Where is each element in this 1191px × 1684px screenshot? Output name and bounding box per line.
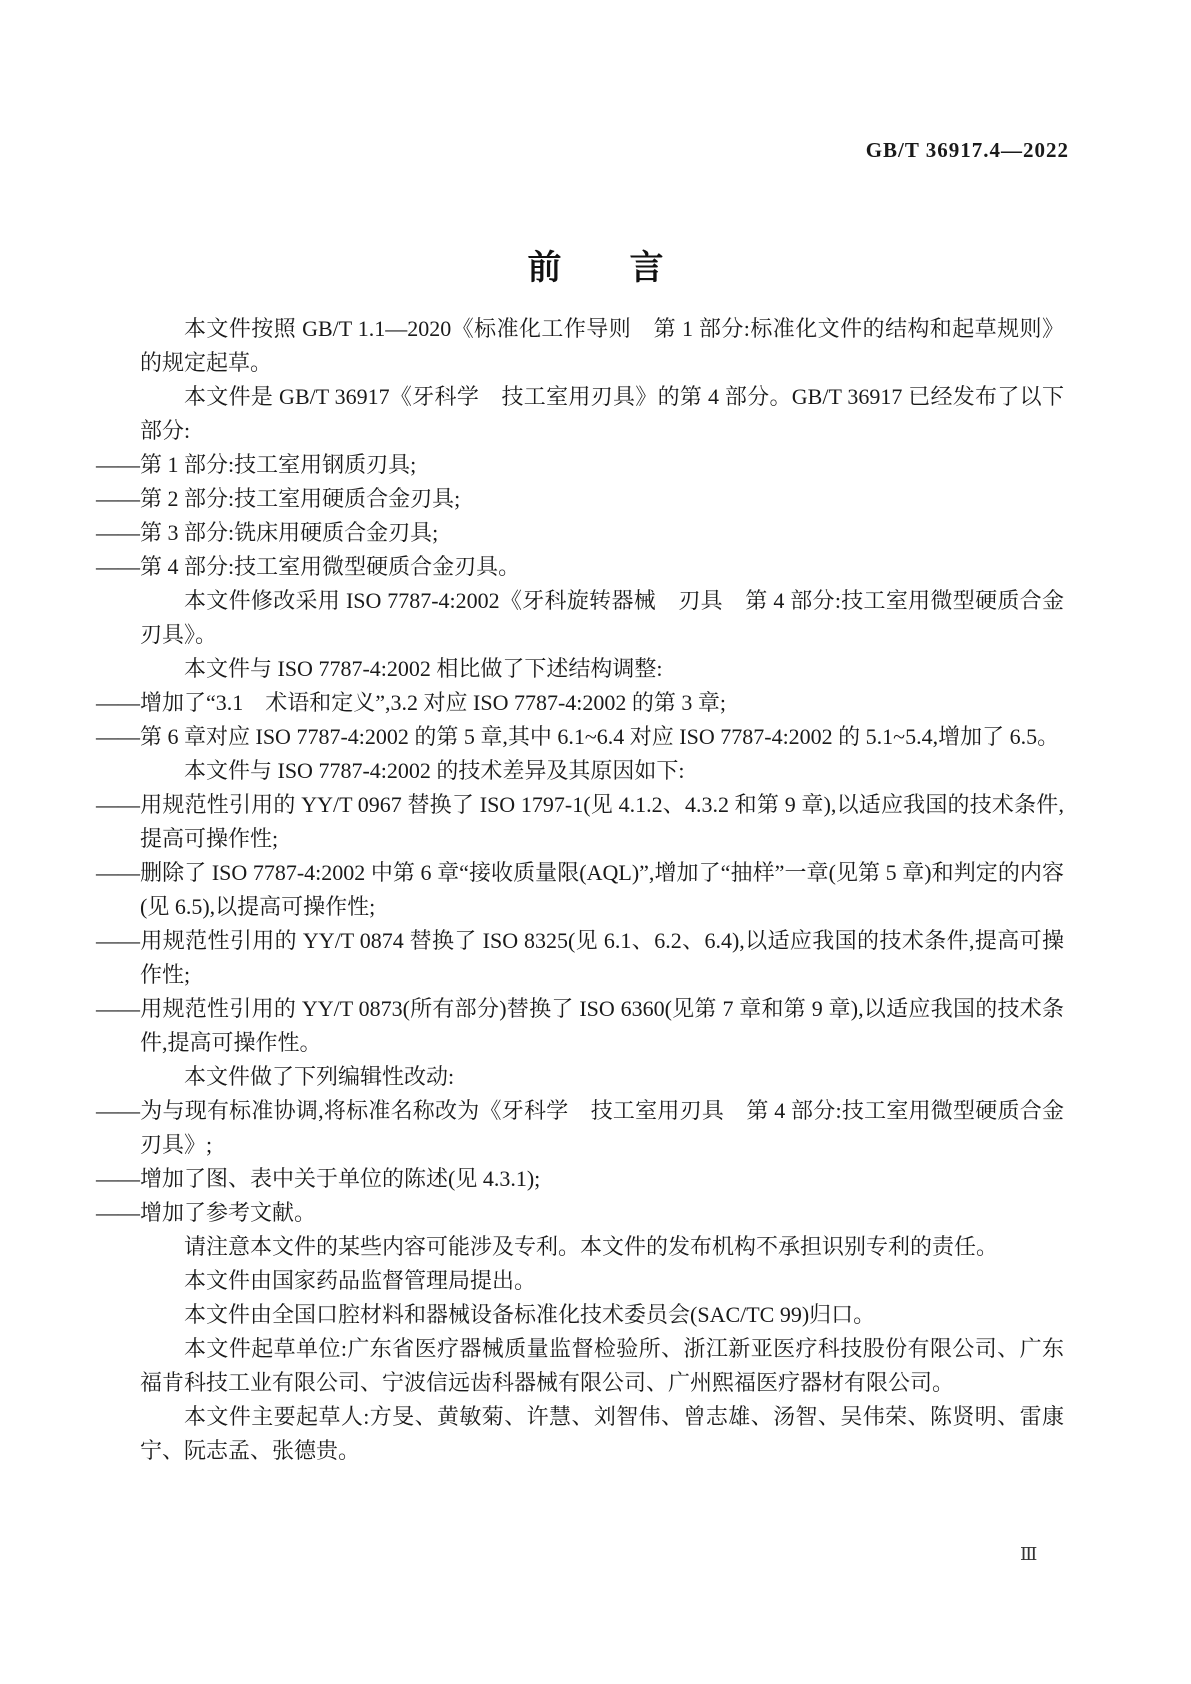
foreword-list-item: ——用规范性引用的 YY/T 0873(所有部分)替换了 ISO 6360(见第… [140, 992, 1064, 1060]
foreword-paragraph: 本文件是 GB/T 36917《牙科学 技工室用刃具》的第 4 部分。GB/T … [140, 380, 1064, 448]
foreword-paragraph: 本文件由全国口腔材料和器械设备标准化技术委员会(SAC/TC 99)归口。 [140, 1298, 1064, 1332]
standard-code: GB/T 36917.4—2022 [866, 138, 1069, 163]
foreword-list-item: ——第 3 部分:铣床用硬质合金刃具; [140, 516, 1064, 550]
foreword-paragraph: 本文件起草单位:广东省医疗器械质量监督检验所、浙江新亚医疗科技股份有限公司、广东… [140, 1332, 1064, 1400]
foreword-list-item: ——增加了参考文献。 [140, 1196, 1064, 1230]
foreword-paragraph: 本文件由国家药品监督管理局提出。 [140, 1264, 1064, 1298]
foreword-list-item: ——删除了 ISO 7787-4:2002 中第 6 章“接收质量限(AQL)”… [140, 856, 1064, 924]
foreword-list-item: ——第 1 部分:技工室用钢质刃具; [140, 448, 1064, 482]
foreword-list-item: ——第 6 章对应 ISO 7787-4:2002 的第 5 章,其中 6.1~… [140, 720, 1064, 754]
foreword-paragraph: 本文件与 ISO 7787-4:2002 相比做了下述结构调整: [140, 652, 1064, 686]
foreword-paragraph: 本文件修改采用 ISO 7787-4:2002《牙科旋转器械 刃具 第 4 部分… [140, 584, 1064, 652]
foreword-list-item: ——为与现有标准协调,将标准名称改为《牙科学 技工室用刃具 第 4 部分:技工室… [140, 1094, 1064, 1162]
foreword-paragraph: 本文件与 ISO 7787-4:2002 的技术差异及其原因如下: [140, 754, 1064, 788]
foreword-paragraph: 请注意本文件的某些内容可能涉及专利。本文件的发布机构不承担识别专利的责任。 [140, 1230, 1064, 1264]
foreword-paragraph: 本文件主要起草人:方旻、黄敏菊、许慧、刘智伟、曾志雄、汤智、吴伟荣、陈贤明、雷康… [140, 1400, 1064, 1468]
foreword-list-item: ——用规范性引用的 YY/T 0967 替换了 ISO 1797-1(见 4.1… [140, 788, 1064, 856]
page-title: 前 言 [0, 240, 1191, 289]
foreword-list-item: ——第 2 部分:技工室用硬质合金刃具; [140, 482, 1064, 516]
foreword-list-item: ——用规范性引用的 YY/T 0874 替换了 ISO 8325(见 6.1、6… [140, 924, 1064, 992]
document-page: GB/T 36917.4—2022 前 言 本文件按照 GB/T 1.1—202… [0, 0, 1191, 1684]
foreword-paragraph: 本文件做了下列编辑性改动: [140, 1060, 1064, 1094]
foreword-list-item: ——第 4 部分:技工室用微型硬质合金刃具。 [140, 550, 1064, 584]
foreword-list-item: ——增加了“3.1 术语和定义”,3.2 对应 ISO 7787-4:2002 … [140, 686, 1064, 720]
foreword-paragraph: 本文件按照 GB/T 1.1—2020《标准化工作导则 第 1 部分:标准化文件… [140, 312, 1064, 380]
page-number: Ⅲ [1020, 1544, 1037, 1565]
foreword-body: 本文件按照 GB/T 1.1—2020《标准化工作导则 第 1 部分:标准化文件… [140, 312, 1064, 1468]
foreword-list-item: ——增加了图、表中关于单位的陈述(见 4.3.1); [140, 1162, 1064, 1196]
